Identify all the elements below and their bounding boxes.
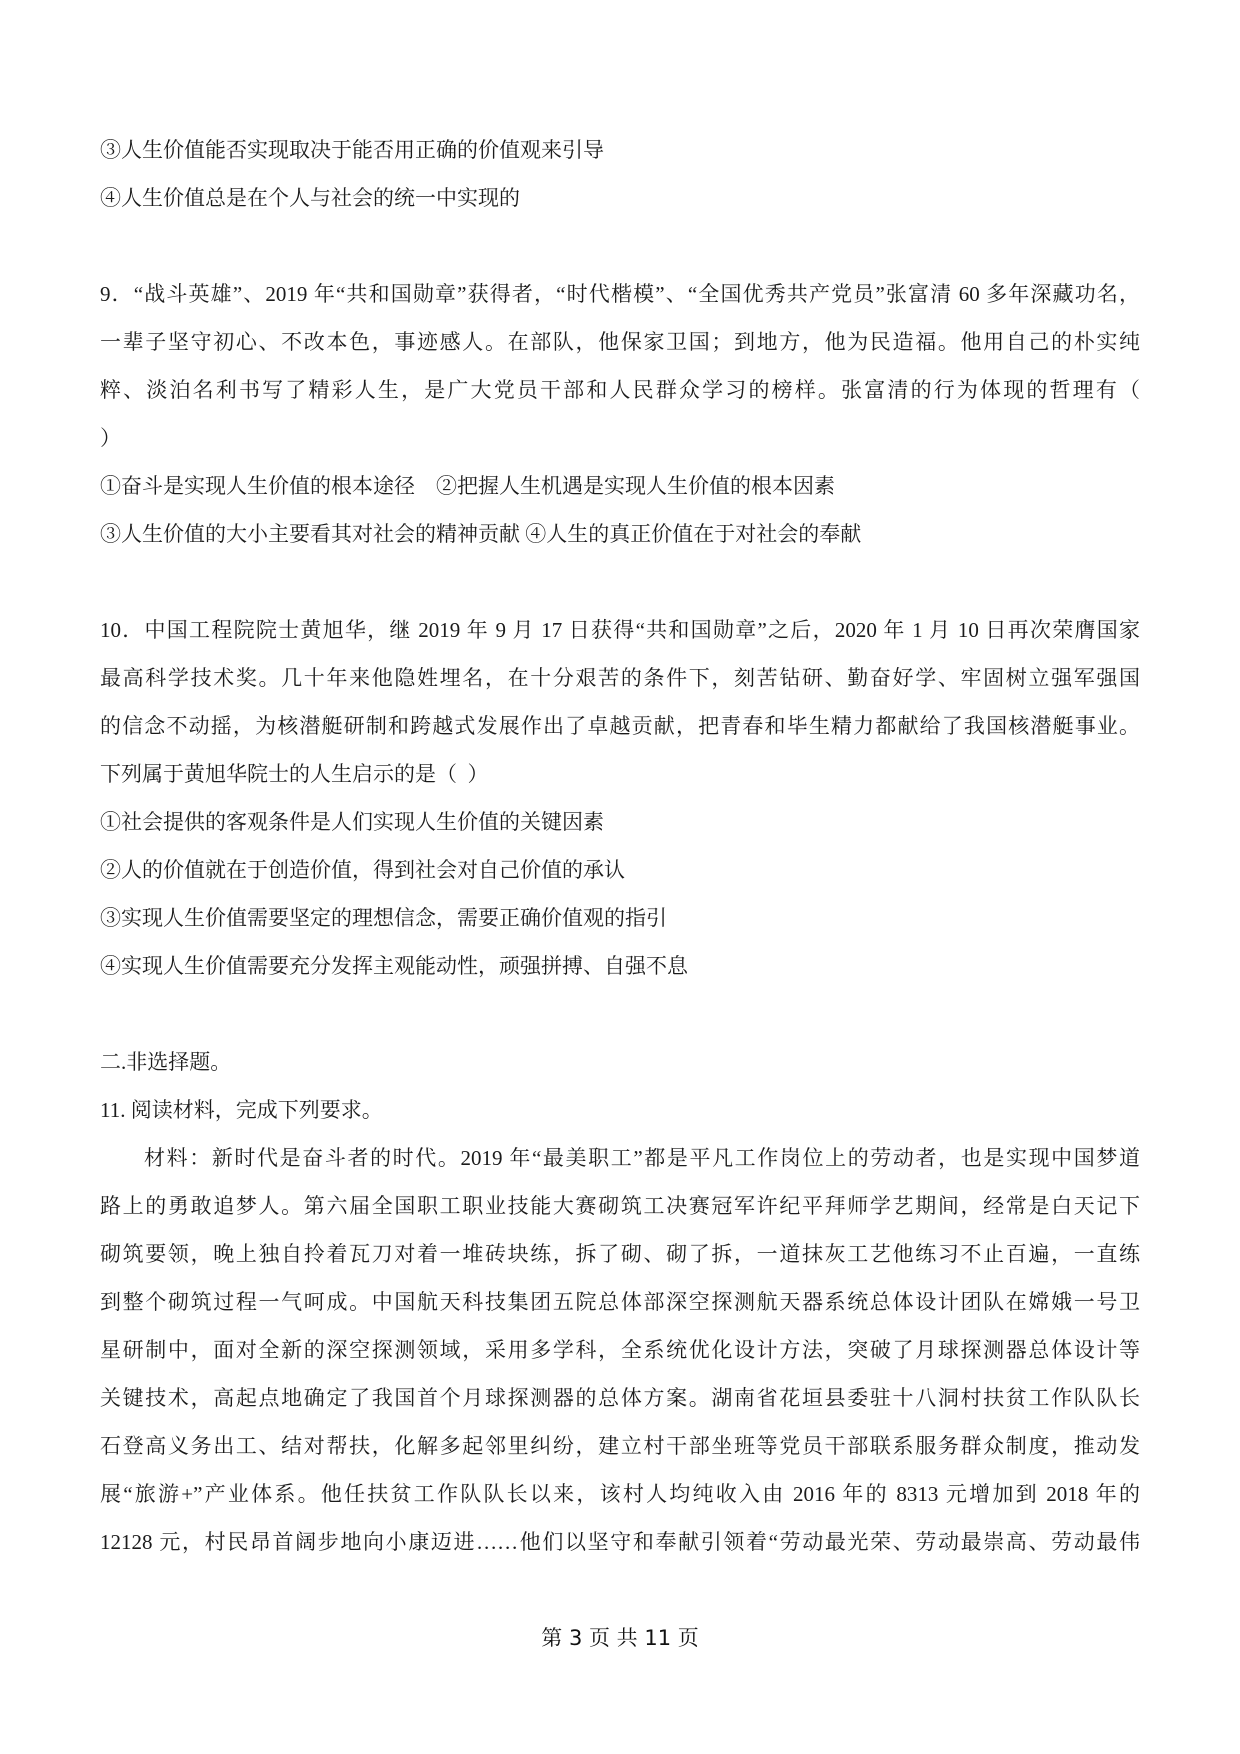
q8-choices: A.①③ B.②③ C.①④ D.②④ <box>100 222 1140 270</box>
q11-material-line-8: 展“旅游+”产业体系。他任扶贫工作队队长以来，该村人均纯收入由 2016 年的 … <box>100 1470 1140 1518</box>
q9-choices: A．①② B．②③ C．①④ D．③④ <box>100 558 1140 606</box>
q11-material-line-9: 12128 元，村民昂首阔步地向小康迈进……他们以坚守和奉献引领着“劳动最光荣、… <box>100 1518 1140 1566</box>
q9-options-12: ①奋斗是实现人生价值的根本途径 ②把握人生机遇是实现人生价值的根本因素 <box>100 462 1140 510</box>
q11-intro: 11. 阅读材料，完成下列要求。 <box>100 1086 1140 1134</box>
page-body: ③人生价值能否实现取决于能否用正确的价值观来引导 ④人生价值总是在个人与社会的统… <box>100 126 1140 1566</box>
q10-stem-line-1: 10．中国工程院院士黄旭华，继 2019 年 9 月 17 日获得“共和国勋章”… <box>100 606 1140 654</box>
q10-stem-line-4: 下列属于黄旭华院士的人生启示的是（ ） <box>100 750 1140 798</box>
page-number-footer: 第 3 页 共 11 页 <box>0 1622 1240 1652</box>
q9-stem-line-3: 粹、淡泊名利书写了精彩人生，是广大党员干部和人民群众学习的榜样。张富清的行为体现… <box>100 366 1140 414</box>
q10-option-3: ③实现人生价值需要坚定的理想信念，需要正确价值观的指引 <box>100 894 1140 942</box>
q9-stem-line-1: 9．“战斗英雄”、2019 年“共和国勋章”获得者，“时代楷模”、“全国优秀共产… <box>100 270 1140 318</box>
q11-material-line-3: 砌筑要领，晚上独自拎着瓦刀对着一堆砖块练，拆了砌、砌了拆，一道抹灰工艺他练习不止… <box>100 1230 1140 1278</box>
q10-option-4: ④实现人生价值需要充分发挥主观能动性，顽强拼搏、自强不息 <box>100 942 1140 990</box>
q11-material-line-6: 关键技术，高起点地确定了我国首个月球探测器的总体方案。湖南省花垣县委驻十八洞村扶… <box>100 1374 1140 1422</box>
q10-option-2: ②人的价值就在于创造价值，得到社会对自己价值的承认 <box>100 846 1140 894</box>
q11-material-line-4: 到整个砌筑过程一气呵成。中国航天科技集团五院总体部深空探测航天器系统总体设计团队… <box>100 1278 1140 1326</box>
q11-material-line-5: 星研制中，面对全新的深空探测领域，采用多学科，全系统优化设计方法，突破了月球探测… <box>100 1326 1140 1374</box>
q9-stem-line-4: ） <box>100 414 1140 462</box>
q10-option-1: ①社会提供的客观条件是人们实现人生价值的关键因素 <box>100 798 1140 846</box>
exam-page: ③人生价值能否实现取决于能否用正确的价值观来引导 ④人生价值总是在个人与社会的统… <box>0 0 1240 1754</box>
q10-stem-line-2: 最高科学技术奖。几十年来他隐姓埋名，在十分艰苦的条件下，刻苦钻研、勤奋好学、牢固… <box>100 654 1140 702</box>
q8-option-4: ④人生价值总是在个人与社会的统一中实现的 <box>100 174 1140 222</box>
q11-material-line-2: 路上的勇敢追梦人。第六届全国职工职业技能大赛砌筑工决赛冠军许纪平拜师学艺期间，经… <box>100 1182 1140 1230</box>
q9-options-34: ③人生价值的大小主要看其对社会的精神贡献 ④人生的真正价值在于对社会的奉献 <box>100 510 1140 558</box>
q9-stem-line-2: 一辈子坚守初心、不改本色，事迹感人。在部队，他保家卫国；到地方，他为民造福。他用… <box>100 318 1140 366</box>
q10-stem-line-3: 的信念不动摇，为核潜艇研制和跨越式发展作出了卓越贡献，把青春和毕生精力都献给了我… <box>100 702 1140 750</box>
q11-material-line-1: 材料：新时代是奋斗者的时代。2019 年“最美职工”都是平凡工作岗位上的劳动者，… <box>100 1134 1140 1182</box>
q10-choices: A．①② B．②④ C．①③ D．③④ <box>100 990 1140 1038</box>
section2-heading: 二.非选择题。 <box>100 1038 1140 1086</box>
q11-material-line-7: 石登高义务出工、结对帮扶，化解多起邻里纠纷，建立村干部坐班等党员干部联系服务群众… <box>100 1422 1140 1470</box>
q8-option-3: ③人生价值能否实现取决于能否用正确的价值观来引导 <box>100 126 1140 174</box>
